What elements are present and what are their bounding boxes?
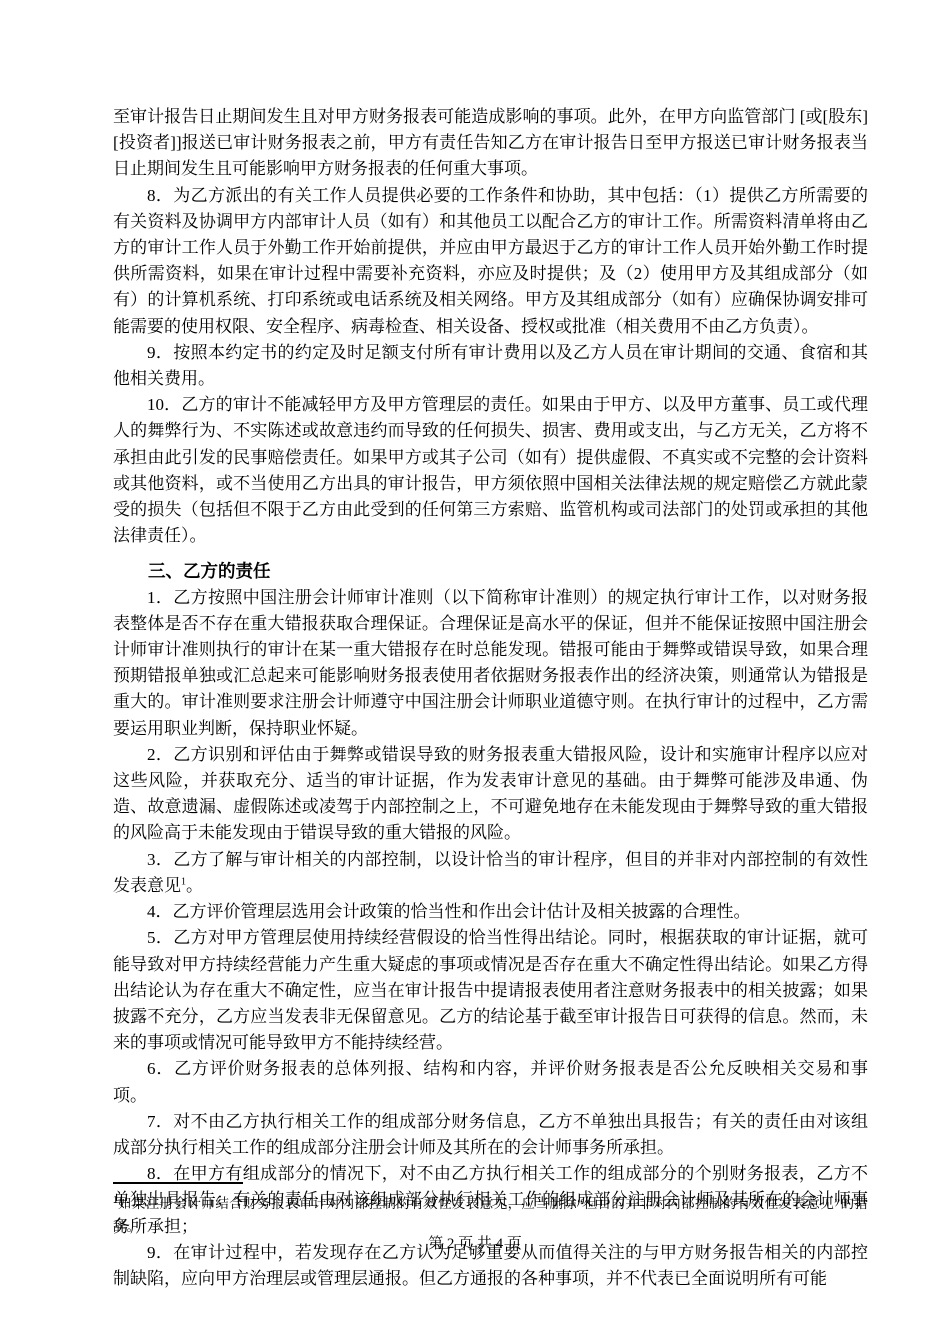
paragraph-s3-item-4: 4．乙方评价管理层选用会计政策的恰当性和作出会计估计及相关披露的合理性。	[113, 899, 868, 925]
paragraph-s3-item-1: 1．乙方按照中国注册会计师审计准则（以下简称审计准则）的规定执行审计工作，以对财…	[113, 585, 868, 742]
footnote-separator	[113, 1182, 243, 1184]
paragraph-item-10: 10．乙方的审计不能减轻甲方及甲方管理层的责任。如果由于甲方、以及甲方董事、员工…	[113, 392, 868, 549]
paragraph-item-8: 8．为乙方派出的有关工作人员提供必要的工作条件和协助，其中包括：（1）提供乙方所…	[113, 183, 868, 340]
paragraph-s3-item-3: 3．乙方了解与审计相关的内部控制，以设计恰当的审计程序，但目的并非对内部控制的有…	[113, 847, 868, 899]
footnote-text: 1如果注册会计师结合财务报表审计对内部控制的有效性发表意见，应当删除“但目的并非…	[113, 1192, 868, 1238]
paragraph-item-9: 9．按照本约定书的约定及时足额支付所有审计费用以及乙方人员在审计期间的交通、食宿…	[113, 340, 868, 392]
paragraph-s3-item-2: 2．乙方识别和评估由于舞弊或错误导致的财务报表重大错报风险，设计和实施审计程序以…	[113, 742, 868, 847]
paragraph-continuation: 至审计报告日止期间发生且对甲方财务报表可能造成影响的事项。此外，在甲方向监管部门…	[113, 104, 868, 183]
s3-item-3-period: 。	[186, 876, 203, 895]
paragraph-s3-item-6: 6．乙方评价财务报表的总体列报、结构和内容，并评价财务报表是否公允反映相关交易和…	[113, 1056, 868, 1108]
document-body: 至审计报告日止期间发生且对甲方财务报表可能造成影响的事项。此外，在甲方向监管部门…	[113, 104, 868, 1292]
document-page: 至审计报告日止期间发生且对甲方财务报表可能造成影响的事项。此外，在甲方向监管部门…	[0, 0, 950, 1344]
s3-item-3-text: 3．乙方了解与审计相关的内部控制，以设计恰当的审计程序，但目的并非对内部控制的有…	[113, 850, 868, 895]
section-heading-party-b-responsibilities: 三、乙方的责任	[113, 558, 868, 584]
footnote-area: 1如果注册会计师结合财务报表审计对内部控制的有效性发表意见，应当删除“但目的并非…	[113, 1182, 868, 1238]
paragraph-s3-item-5: 5．乙方对甲方管理层使用持续经营假设的恰当性得出结论。同时，根据获取的审计证据，…	[113, 925, 868, 1056]
footnote-body: 如果注册会计师结合财务报表审计对内部控制的有效性发表意见，应当删除“但目的并非对…	[113, 1196, 868, 1234]
page-number-footer: 第 2 页 共 4 页	[0, 1234, 950, 1254]
paragraph-s3-item-7: 7．对不由乙方执行相关工作的组成部分财务信息，乙方不单独出具报告；有关的责任由对…	[113, 1109, 868, 1161]
